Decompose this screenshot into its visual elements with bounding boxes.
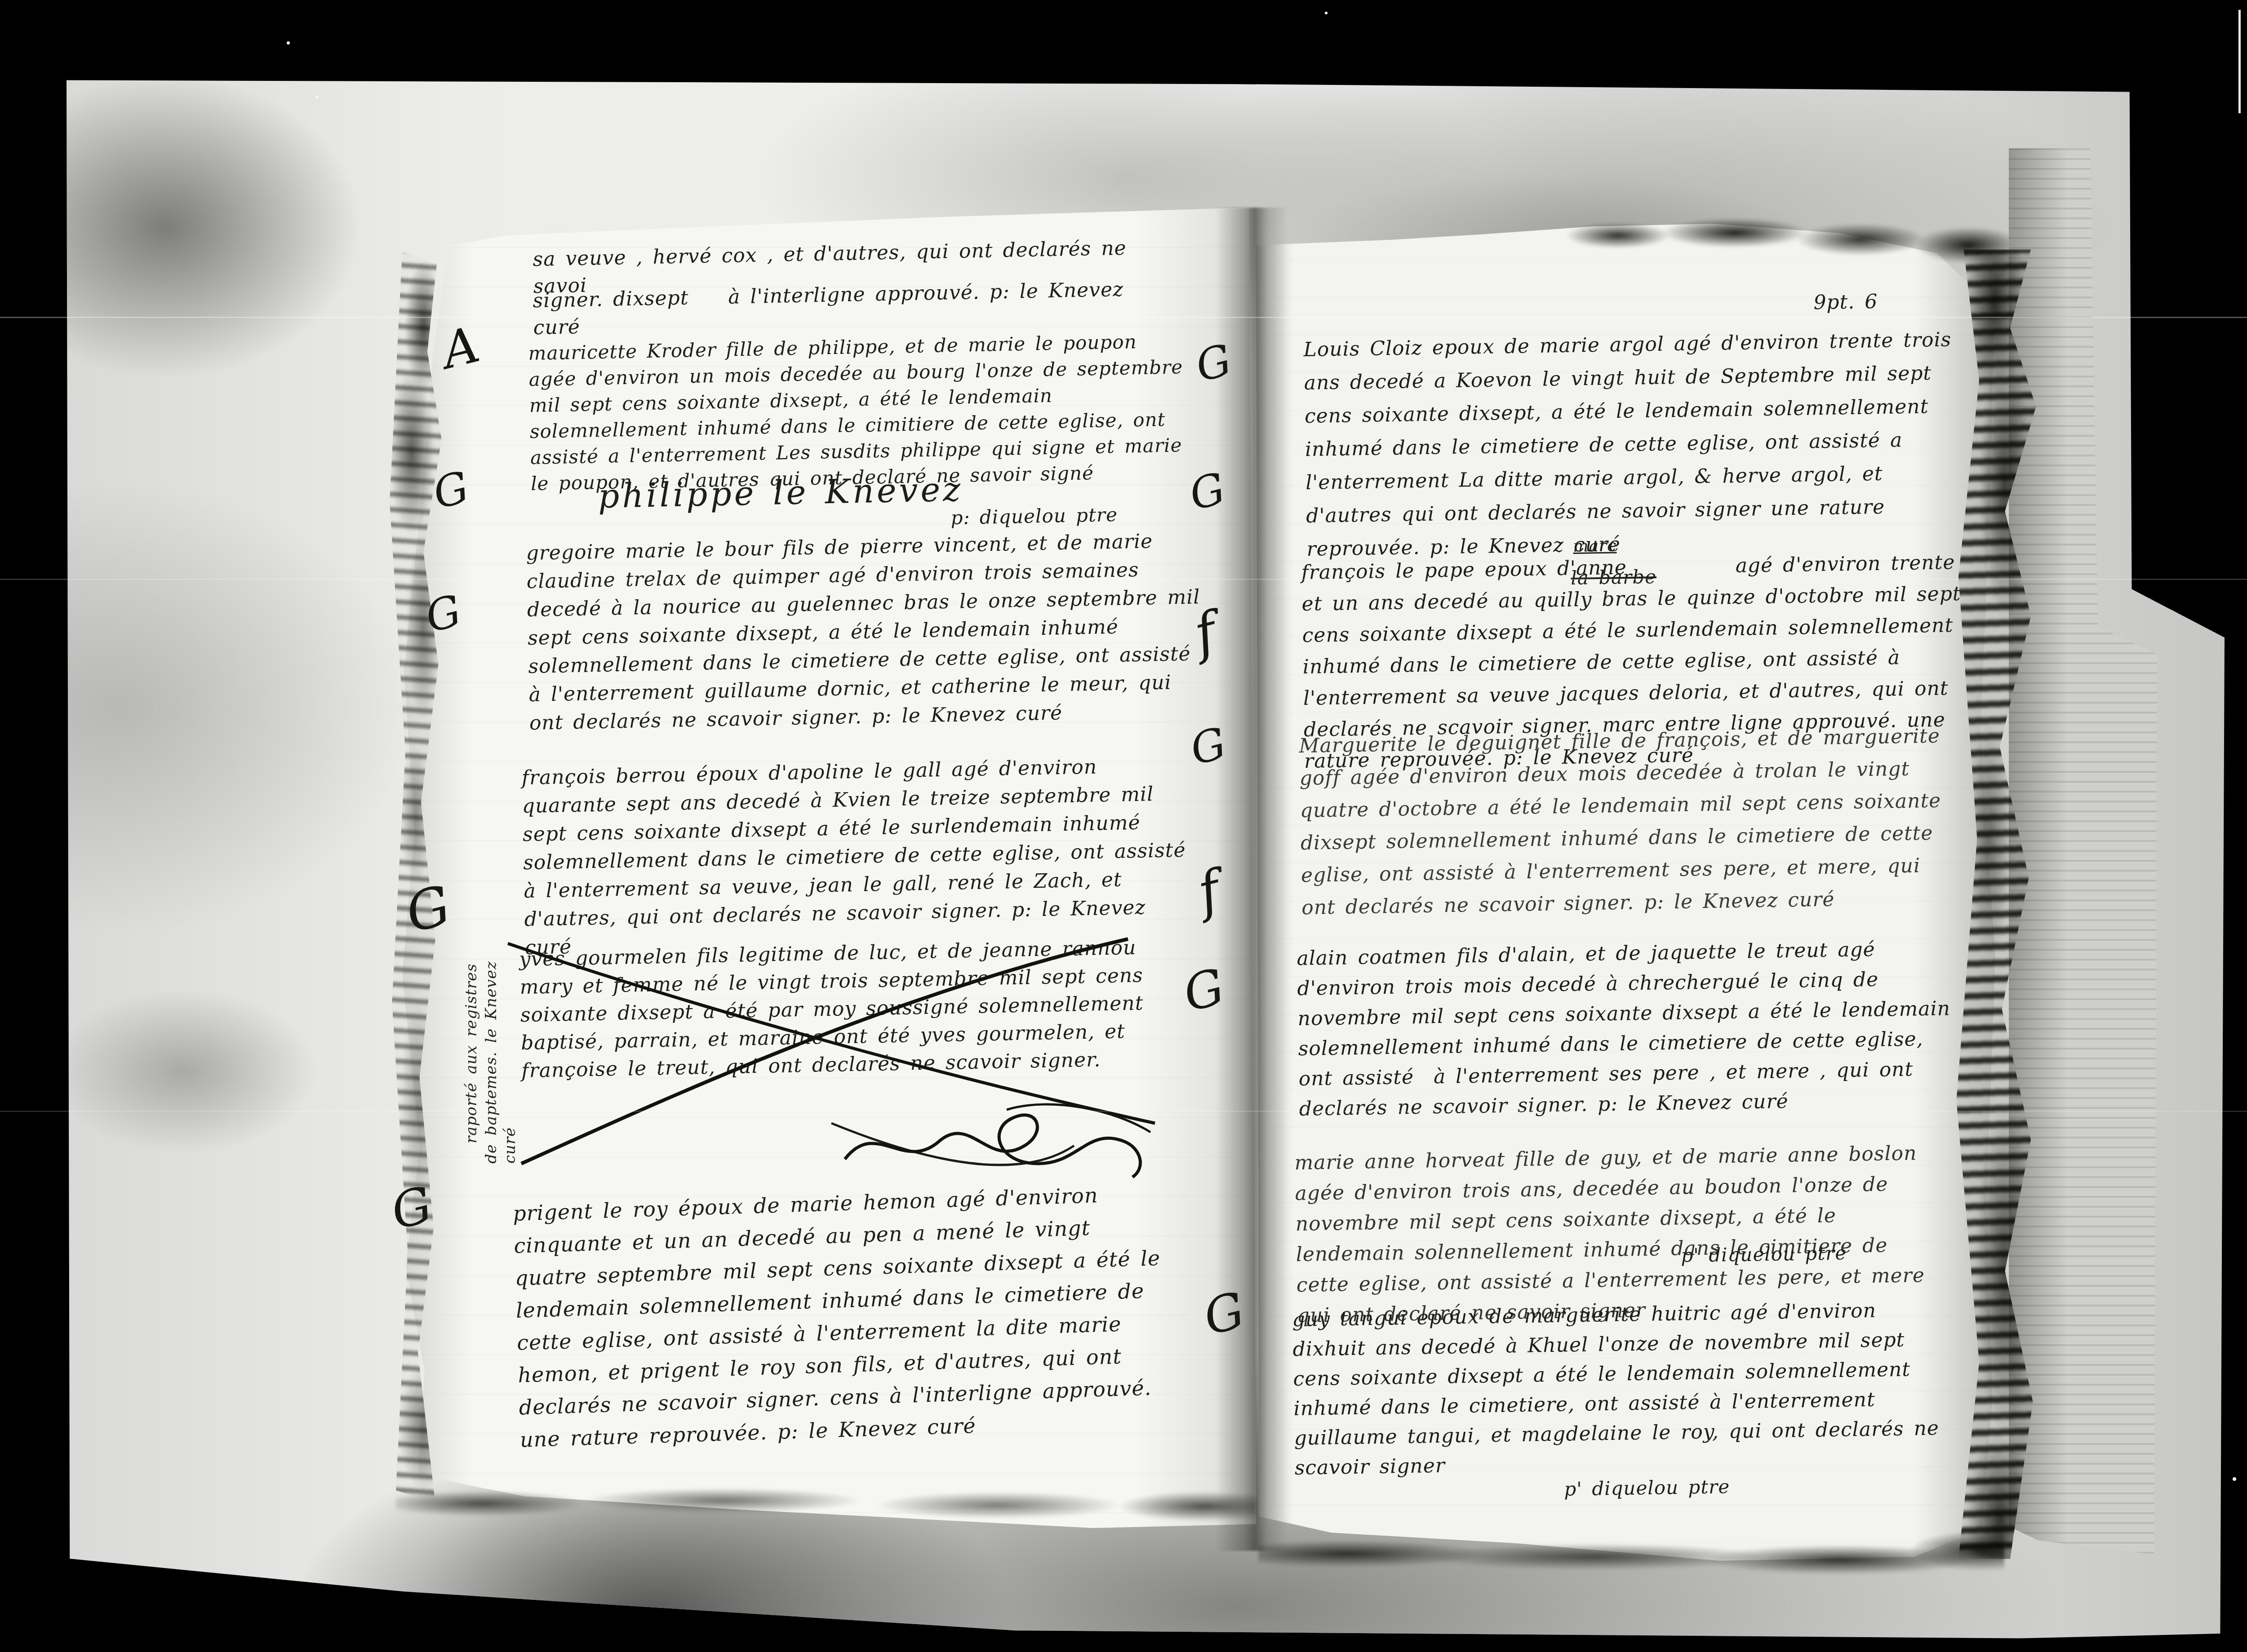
film-speck — [1325, 12, 1328, 14]
signature: p' diquelou ptre — [1681, 1242, 1847, 1267]
interline-insert-word: marc — [1573, 536, 1617, 556]
microfilm-frame: { "colors": {"background":"#000000","pap… — [0, 0, 2247, 1652]
burial-entry: prigent le roy époux de marie hemon agé … — [512, 1177, 1172, 1456]
film-scan-line — [0, 317, 2247, 318]
right-page-bottom-tear — [1258, 1528, 2004, 1586]
book-page-block-edges — [2009, 148, 2157, 1555]
burial-entry: Marguerite le deguignet fille de françoi… — [1299, 720, 1963, 924]
film-scan-line — [0, 579, 2247, 580]
burial-entry: Louis Cloiz epoux de marie argol agé d'e… — [1303, 323, 1963, 566]
marginal-note-line2: de baptemes. le Knevez curé — [482, 939, 520, 1164]
signature: p' diquelou ptre — [1564, 1475, 1730, 1500]
burial-entry: mauricette Kroder fille de philippe, et … — [528, 328, 1196, 497]
crossed-out-word: la barbe — [1571, 566, 1656, 589]
film-scan-line — [0, 1111, 2247, 1112]
right-page-torn-top-edge — [1564, 210, 2013, 266]
book-gutter-shadow — [1216, 208, 1288, 1551]
burial-entry: alain coatmen fils d'alain, et de jaquet… — [1297, 933, 1960, 1124]
signature: philippe le Knevez — [598, 470, 964, 516]
film-edge-scratch — [2238, 10, 2241, 113]
film-speck — [2233, 1477, 2236, 1481]
countersignature: p: diquelou ptre — [950, 504, 1118, 529]
film-speck — [316, 96, 318, 98]
film-speck — [287, 41, 290, 44]
burial-entry: gregoire marie le bour fils de pierre vi… — [526, 526, 1203, 737]
left-page-bottom-tear — [395, 1471, 1256, 1530]
burial-entry: guy tangui epoux de marguerite huitric a… — [1292, 1295, 1951, 1483]
folio-number: 9pt. 6 — [1813, 290, 1878, 314]
